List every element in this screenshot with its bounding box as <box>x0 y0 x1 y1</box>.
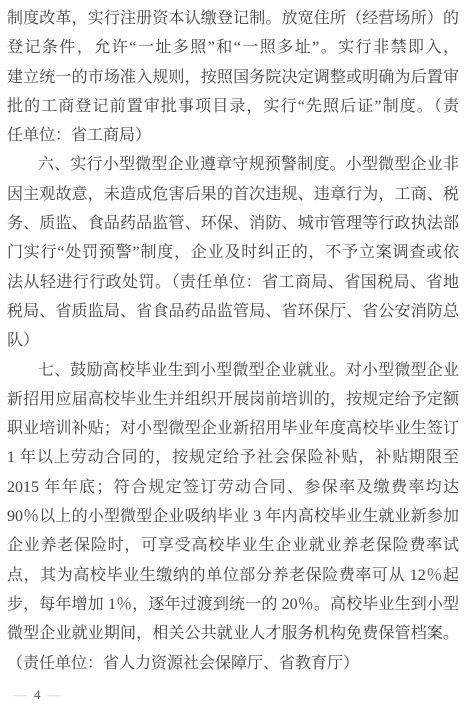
text-line: 点，其为高校毕业生缴纳的单位部分养老保险费率可从 12％起 <box>7 561 459 590</box>
text-line: 建立统一的市场准入规则，按照国务院决定调整或明确为后置审 <box>7 63 459 92</box>
text-line: 90％以上的小型微型企业吸纳毕业 3 年内高校毕业生就业新参加 <box>7 502 459 531</box>
text-line: 制度改革，实行注册资本认缴登记制。放宽住所（经营场所）的 <box>7 4 459 33</box>
text-line: 队） <box>7 326 459 355</box>
text-line: 微型企业就业期间，相关公共就业人才服务机构免费保管档案。 <box>7 619 459 648</box>
page-number: 4 <box>34 688 41 702</box>
text-line: 税局、省质监局、省食品药品监管局、省环保厅、省公安消防总 <box>7 297 459 326</box>
text-line: 2015 年年底；符合规定签订劳动合同、参保率及缴费率均达 <box>7 473 459 502</box>
text-line: 因主观故意，未造成危害后果的首次违规、违章行为，工商、税 <box>7 180 459 209</box>
document-page: 制度改革，实行注册资本认缴登记制。放宽住所（经营场所）的 登记条件，允许“一址多… <box>0 0 467 709</box>
text-line: 企业养老保险时，可享受高校毕业生企业就业养老保险费率试 <box>7 531 459 560</box>
text-line: 1 年以上劳动合同的，按规定给予社会保险补贴，补贴期限至 <box>7 443 459 472</box>
text-line: 任单位：省工商局） <box>7 121 459 150</box>
text-line: 职业培训补贴；对小型微型企业新招用毕业年度高校毕业生签订 <box>7 414 459 443</box>
text-line: （责任单位：省人力资源社会保障厅、省教育厅） <box>7 649 459 678</box>
text-line: 步，每年增加 1％，逐年过渡到统一的 20％。高校毕业生到小型 <box>7 590 459 619</box>
text-line: 门实行“处罚预警”制度，企业及时纠正的，不予立案调查或依 <box>7 238 459 267</box>
text-line: 法从轻进行行政处罚。（责任单位：省工商局、省国税局、省地 <box>7 268 459 297</box>
text-line: 务、质监、食品药品监管、环保、消防、城市管理等行政执法部 <box>7 209 459 238</box>
text-line: 新招用应届高校毕业生并组织开展岗前培训的，按规定给予定额 <box>7 385 459 414</box>
text-line-section-seven-start: 七、鼓励高校毕业生到小型微型企业就业。对小型微型企业 <box>7 356 459 385</box>
text-line: 登记条件，允许“一址多照”和“一照多址”。实行非禁即入， <box>7 33 459 62</box>
body-text: 制度改革，实行注册资本认缴登记制。放宽住所（经营场所）的 登记条件，允许“一址多… <box>7 4 459 678</box>
page-footer: —4— <box>14 688 61 702</box>
footer-dash-left: — <box>14 687 27 702</box>
text-line: 批的工商登记前置审批事项目录，实行“先照后证”制度。（责 <box>7 92 459 121</box>
text-line-section-six-start: 六、实行小型微型企业遵章守规预警制度。小型微型企业非 <box>7 150 459 179</box>
footer-dash-right: — <box>48 687 61 702</box>
